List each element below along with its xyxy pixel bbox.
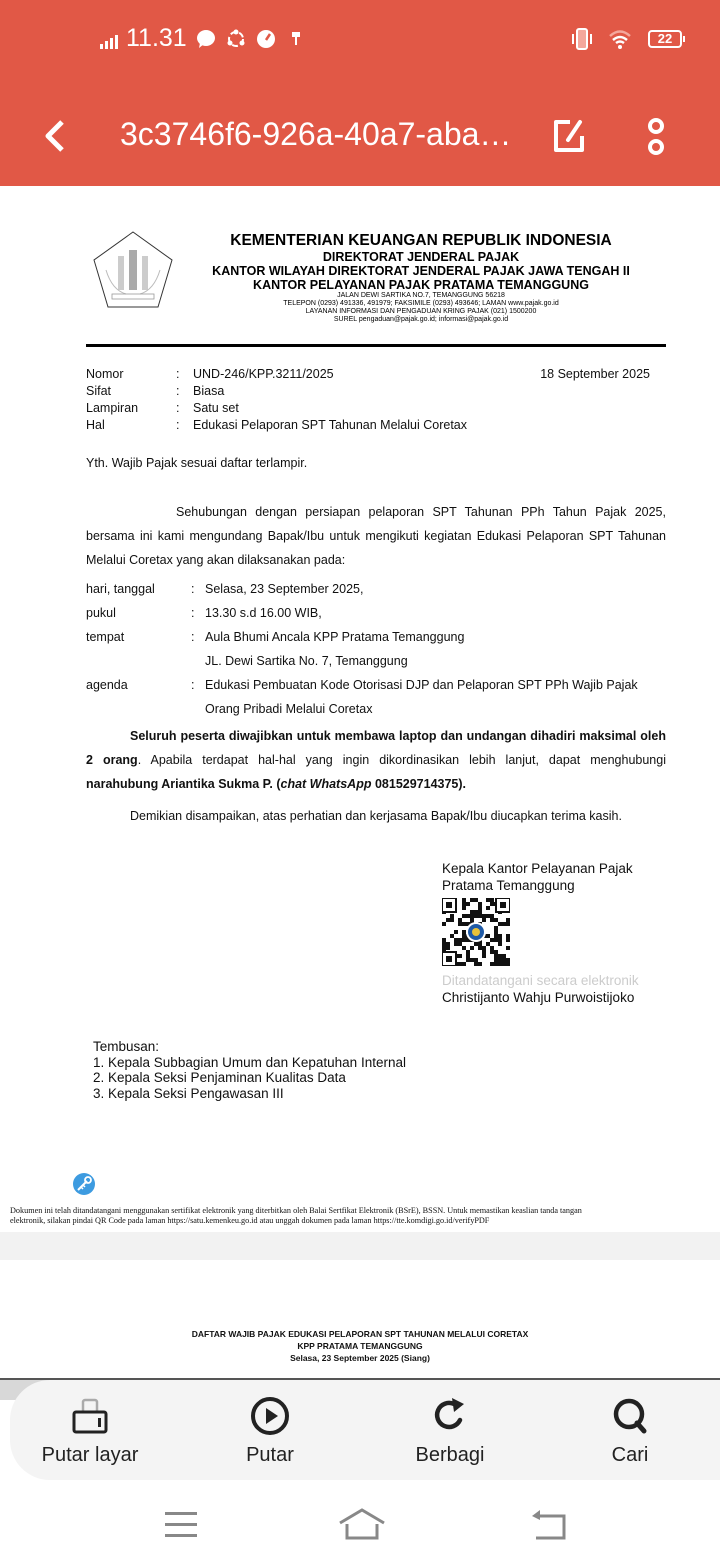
home-icon[interactable]: [338, 1508, 386, 1542]
rotate-screen-icon: [70, 1396, 110, 1436]
share-icon: [430, 1396, 470, 1436]
more-vertical-icon[interactable]: [644, 114, 668, 160]
letter-meta: Nomor:UND-246/KPP.3211/2025 Sifat:Biasa …: [86, 367, 467, 435]
letterhead-divider: [86, 344, 666, 347]
letterhead-address: JALAN DEWI SARTIKA NO.7, TEMANGGUNG 5621…: [186, 292, 656, 300]
search-label: Cari: [612, 1444, 649, 1466]
detail-row-place: tempat:Aula Bhumi Ancala KPP Pratama Tem…: [86, 625, 665, 649]
back-icon[interactable]: [530, 1508, 570, 1542]
letter-date: 18 September 2025: [540, 367, 650, 381]
letterhead-regional-office: KANTOR WILAYAH DIREKTORAT JENDERAL PAJAK…: [186, 264, 656, 278]
search-button[interactable]: Cari: [570, 1380, 690, 1480]
signer-title-1: Kepala Kantor Pelayanan Pajak: [442, 860, 639, 877]
chevron-left-icon[interactable]: [40, 114, 70, 158]
cc-item: 3. Kepala Seksi Pengawasan III: [93, 1086, 406, 1102]
letterhead-email: SUREL pengaduan@pajak.go.id; informasi@p…: [186, 316, 656, 324]
letterhead: KEMENTERIAN KEUANGAN REPUBLIK INDONESIA …: [186, 232, 656, 324]
letterhead-directorate: DIREKTORAT JENDERAL PAJAK: [186, 250, 656, 264]
meta-row-attachment: Lampiran:Satu set: [86, 401, 467, 418]
share-button[interactable]: Berbagi: [390, 1380, 510, 1480]
carbon-copy-list: Tembusan: 1. Kepala Subbagian Umum dan K…: [93, 1039, 406, 1101]
status-bar: 11.31 22: [0, 22, 720, 58]
attachment-title: DAFTAR WAJIB PAJAK EDUKASI PELAPORAN SPT…: [0, 1328, 720, 1364]
recipient: Yth. Wajib Pajak sesuai daftar terlampir…: [86, 456, 307, 470]
qr-code-icon: [442, 898, 510, 966]
bsre-key-icon: [72, 1172, 96, 1196]
speedometer-icon: [255, 28, 277, 50]
closing-paragraph: Demikian disampaikan, atas perhatian dan…: [86, 804, 666, 828]
pdf-page-1: KEMENTERIAN KEUANGAN REPUBLIK INDONESIA …: [0, 186, 720, 1232]
letterhead-service: LAYANAN INFORMASI DAN PENGADUAN KRING PA…: [186, 308, 656, 316]
menu-icon[interactable]: [162, 1508, 202, 1542]
status-time: 11.31: [126, 24, 187, 53]
rotate-screen-button[interactable]: Putar layar: [30, 1380, 150, 1480]
search-icon: [610, 1396, 650, 1436]
edit-icon[interactable]: [550, 116, 588, 156]
cc-heading: Tembusan:: [93, 1039, 406, 1055]
detail-row-time: pukul:13.30 s.d 16.00 WIB,: [86, 601, 665, 625]
vibrate-icon: [570, 28, 594, 50]
toolbar: 3c3746f6-926a-40a7-aba…: [0, 108, 720, 164]
ministry-logo-icon: [92, 230, 174, 310]
share-label: Berbagi: [416, 1444, 485, 1466]
detail-row-agenda: agenda:Edukasi Pembuatan Kode Otorisasi …: [86, 673, 665, 721]
intro-paragraph: Sehubungan dengan persiapan pelaporan SP…: [86, 500, 666, 572]
signal-icon: [100, 29, 118, 49]
meta-row-number: Nomor:UND-246/KPP.3211/2025: [86, 367, 467, 384]
app-bar: 11.31 22 3c3746f6-926a-40a7-aba…: [0, 0, 720, 186]
signature-block: Kepala Kantor Pelayanan Pajak Pratama Te…: [442, 860, 639, 1006]
chat-bubble-icon: [195, 28, 217, 50]
letterhead-tax-office: KANTOR PELAYANAN PAJAK PRATAMA TEMANGGUN…: [186, 278, 656, 292]
letterhead-ministry: KEMENTERIAN KEUANGAN REPUBLIK INDONESIA: [186, 232, 656, 250]
sync-icon: [225, 28, 247, 50]
cc-item: 1. Kepala Subbagian Umum dan Kepatuhan I…: [93, 1055, 406, 1071]
detail-row-address: JL. Dewi Sartika No. 7, Temanggung: [86, 649, 665, 673]
battery-indicator: 22: [648, 30, 682, 48]
document-title: 3c3746f6-926a-40a7-aba…: [120, 116, 511, 153]
signer-title-2: Pratama Temanggung: [442, 877, 639, 894]
contact-person: narahubung Ariantika Sukma P. (chat What…: [86, 777, 466, 791]
play-label: Putar: [246, 1444, 294, 1466]
note-paragraph: Seluruh peserta diwajibkan untuk membawa…: [86, 724, 666, 796]
usb-icon: [285, 28, 307, 50]
page-gap: [0, 1232, 720, 1260]
event-details: hari, tanggal:Selasa, 23 September 2025,…: [86, 577, 665, 721]
signer-name: Christijanto Wahju Purwoistijoko: [442, 989, 639, 1006]
letterhead-phone: TELEPON (0293) 491336, 491979; FAKSIMILE…: [186, 300, 656, 308]
bottom-action-bar: Putar layar Putar Berbagi Cari: [10, 1380, 720, 1480]
signed-electronically-note: Ditandatangani secara elektronik: [442, 972, 639, 989]
meta-row-nature: Sifat:Biasa: [86, 384, 467, 401]
play-button[interactable]: Putar: [210, 1380, 330, 1480]
e-signature-footnote: Dokumen ini telah ditandatangani menggun…: [10, 1206, 720, 1225]
play-icon: [250, 1396, 290, 1436]
system-nav-bar: [0, 1480, 720, 1560]
detail-row-date: hari, tanggal:Selasa, 23 September 2025,: [86, 577, 665, 601]
meta-row-subject: Hal:Edukasi Pelaporan SPT Tahunan Melalu…: [86, 418, 467, 435]
wifi-icon: [608, 28, 634, 50]
cc-item: 2. Kepala Seksi Penjaminan Kualitas Data: [93, 1070, 406, 1086]
rotate-screen-label: Putar layar: [42, 1444, 139, 1466]
